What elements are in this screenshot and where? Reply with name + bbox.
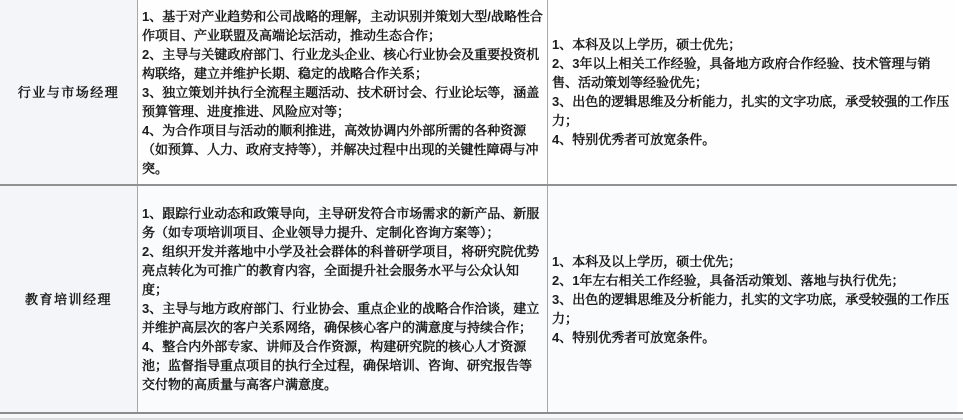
responsibility-item: 2、主导与关键政府部门、行业龙头企业、核心行业协会及重要投资机构联络，建立并维护…: [142, 45, 544, 83]
table-row: 行业与市场经理 1、基于对产业趋势和公司战略的理解，主动识别并策划大型/战略性合…: [0, 0, 956, 184]
requirement-item: 4、特别优秀者可放宽条件。: [552, 130, 955, 149]
job-title: 教育培训经理: [25, 290, 112, 309]
responsibility-item: 3、独立策划并执行全流程主题活动、技术研讨会、行业论坛等，涵盖预算管理、进度推进…: [142, 83, 544, 121]
table-row: 教育培训经理 1、跟踪行业动态和政策导向，主导研发符合市场需求的新产品、新服务（…: [0, 184, 956, 412]
responsibility-item: 4、整合内外部专家、讲师及合作资源，构建研究院的核心人才资源池；监督指导重点项目…: [142, 337, 544, 394]
responsibility-item: 1、基于对产业趋势和公司战略的理解，主动识别并策划大型/战略性合作项目、产业联盟…: [142, 7, 544, 45]
responsibilities-cell: 1、基于对产业趋势和公司战略的理解，主动识别并策划大型/战略性合作项目、产业联盟…: [138, 0, 548, 184]
requirement-item: 2、3年以上相关工作经验，具备地方政府合作经验、技术管理与销售、活动策划等经验优…: [552, 54, 955, 92]
responsibility-item: 4、为合作项目与活动的顺利推进，高效协调内外部所需的各种资源（如预算、人力、政府…: [142, 121, 544, 178]
requirement-item: 3、出色的逻辑思维及分析能力，扎实的文字功底，承受较强的工作压力；: [552, 92, 955, 130]
responsibility-item: 3、主导与地方政府部门、行业协会、重点企业的战略合作洽谈，建立并维护高层次的客户…: [142, 299, 544, 337]
responsibilities-cell: 1、跟踪行业动态和政策导向，主导研发符合市场需求的新产品、新服务（如专项培训项目…: [138, 186, 548, 412]
responsibility-item: 1、跟踪行业动态和政策导向，主导研发符合市场需求的新产品、新服务（如专项培训项目…: [142, 204, 544, 242]
job-title: 行业与市场经理: [18, 83, 120, 102]
responsibility-item: 2、组织开发并落地中小学及社会群体的科普研学项目，将研究院优势亮点转化为可推广的…: [142, 242, 544, 299]
requirements-cell: 1、本科及以上学历，硕士优先； 2、3年以上相关工作经验，具备地方政府合作经验、…: [548, 0, 957, 184]
requirement-item: 1、本科及以上学历，硕士优先；: [552, 35, 955, 54]
requirements-cell: 1、本科及以上学历，硕士优先； 2、1年左右相关工作经验，具备活动策划、落地与执…: [548, 186, 957, 412]
job-positions-table: 行业与市场经理 1、基于对产业趋势和公司战略的理解，主动识别并策划大型/战略性合…: [0, 0, 957, 412]
requirement-item: 4、特别优秀者可放宽条件。: [552, 328, 955, 347]
job-title-cell: 教育培训经理: [0, 186, 138, 412]
page-background: 行业与市场经理 1、基于对产业趋势和公司战略的理解，主动识别并策划大型/战略性合…: [0, 0, 963, 420]
requirement-item: 3、出色的逻辑思维及分析能力，扎实的文字功底，承受较强的工作压力；: [552, 290, 955, 328]
page-bottom-strip: [0, 414, 963, 420]
requirement-item: 1、本科及以上学历，硕士优先；: [552, 252, 955, 271]
requirement-item: 2、1年左右相关工作经验，具备活动策划、落地与执行优先；: [552, 271, 955, 290]
job-title-cell: 行业与市场经理: [0, 0, 138, 184]
